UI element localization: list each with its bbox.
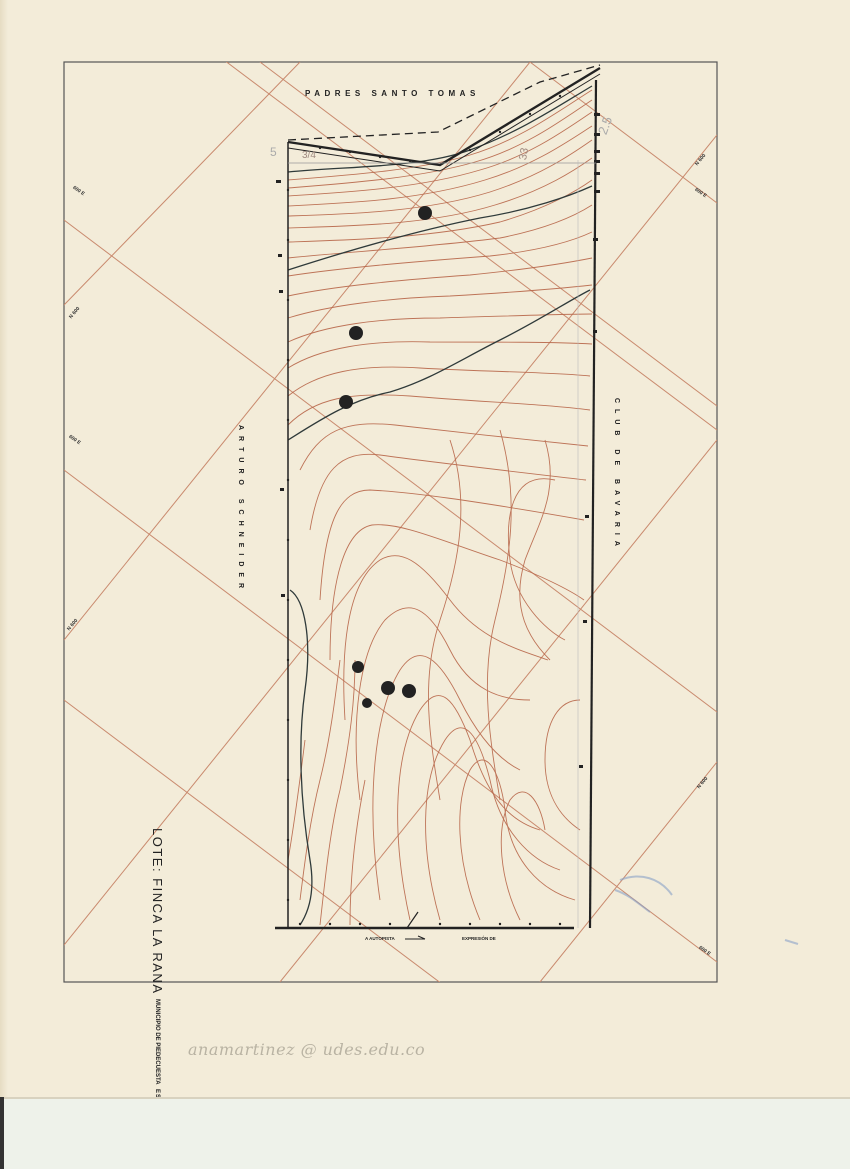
road-label-right: EXPRESIÓN DE: [462, 936, 496, 941]
title-block: LOTE: FINCA LA RANA MUNICIPIO DE PIEDECU…: [148, 828, 166, 1140]
scanner-edge: [0, 1097, 4, 1169]
pencil-annotation: 5: [270, 145, 277, 159]
ink-marks: [615, 876, 798, 944]
adjacent-owner-west: ARTURO SCHNEIDER: [237, 425, 244, 594]
adjacent-owner-east: CLUB DE BAVARIA: [613, 398, 620, 552]
survey-point: [402, 684, 416, 698]
property-boundary: [275, 68, 600, 928]
contour-label: 33: [517, 147, 531, 161]
topographic-map: [0, 0, 850, 1097]
survey-point: [349, 326, 363, 340]
survey-point: [418, 206, 432, 220]
scanner-bed: [0, 1097, 850, 1169]
boundary-ticks: [276, 95, 600, 925]
survey-point: [381, 681, 395, 695]
municipality-label: MUNICIPIO DE PIEDECUESTA: [154, 999, 160, 1085]
road-label-autopista: A AUTOPISTA: [365, 936, 395, 941]
contour-lines: [288, 90, 592, 925]
survey-point: [362, 698, 372, 708]
adjacent-owner-north: PADRES SANTO TOMAS: [305, 89, 480, 98]
contour-label: 3/4: [302, 150, 316, 161]
road-arrow: [405, 936, 425, 939]
survey-point: [339, 395, 353, 409]
lot-title: LOTE: FINCA LA RANA: [150, 828, 165, 995]
survey-point: [352, 661, 364, 673]
handwritten-email-note: anamartinez @ udes.edu.co: [188, 1040, 425, 1059]
